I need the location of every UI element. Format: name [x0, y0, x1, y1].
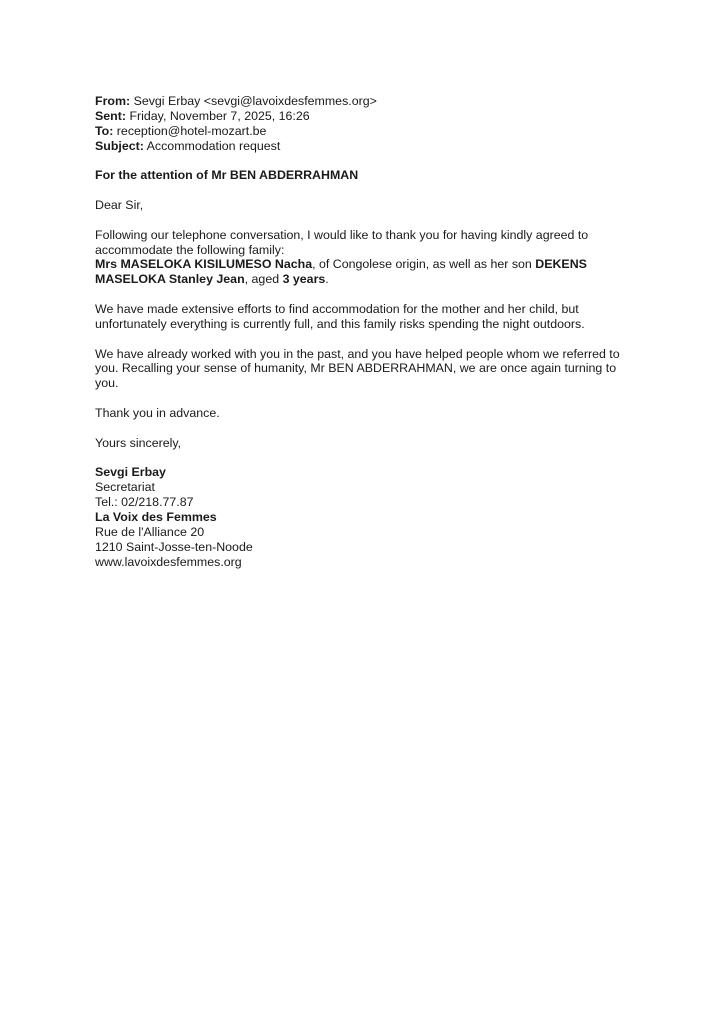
paragraph-family: Following our telephone conversation, I …: [95, 228, 655, 287]
from-label: From:: [95, 94, 130, 108]
spacer: [95, 421, 655, 436]
spacer: [95, 183, 655, 198]
paragraph-line: unfortunately everything is currently fu…: [95, 317, 655, 332]
paragraph-line: Following our telephone conversation, I …: [95, 228, 655, 243]
header-from: From: Sevgi Erbay <sevgi@lavoixdesfemmes…: [95, 94, 655, 109]
son-name-part2: MASELOKA Stanley Jean: [95, 272, 245, 286]
paragraph-line: We have already worked with you in the p…: [95, 347, 655, 362]
salutation: Dear Sir,: [95, 198, 655, 213]
paragraph-efforts: We have made extensive efforts to find a…: [95, 302, 655, 332]
mother-name: Mrs MASELOKA KISILUMESO Nacha: [95, 257, 312, 271]
header-to: To: reception@hotel-mozart.be: [95, 124, 655, 139]
signature-website: www.lavoixdesfemmes.org: [95, 555, 655, 570]
spacer: [95, 213, 655, 228]
paragraph-text: , of Congolese origin, as well as her so…: [312, 257, 535, 271]
son-name-part1: DEKENS: [535, 257, 587, 271]
paragraph-text: , aged: [245, 272, 283, 286]
spacer: [95, 451, 655, 466]
paragraph-line: accommodate the following family:: [95, 243, 655, 258]
signature-role: Secretariat: [95, 480, 655, 495]
to-value: reception@hotel-mozart.be: [117, 124, 267, 138]
to-label: To:: [95, 124, 113, 138]
sent-value: Friday, November 7, 2025, 16:26: [129, 109, 309, 123]
spacer: [95, 287, 655, 302]
paragraph-line: MASELOKA Stanley Jean, aged 3 years.: [95, 272, 655, 287]
paragraph-line: Mrs MASELOKA KISILUMESO Nacha, of Congol…: [95, 257, 655, 272]
paragraph-past-work: We have already worked with you in the p…: [95, 347, 655, 392]
spacer: [95, 332, 655, 347]
paragraph-line: you. Recalling your sense of humanity, M…: [95, 361, 655, 376]
signature-name: Sevgi Erbay: [95, 465, 655, 480]
closing-line: Yours sincerely,: [95, 436, 655, 451]
signature-phone: Tel.: 02/218.77.87: [95, 495, 655, 510]
thanks-line: Thank you in advance.: [95, 406, 655, 421]
signature-block: Sevgi Erbay Secretariat Tel.: 02/218.77.…: [95, 465, 655, 569]
son-age: 3 years: [283, 272, 326, 286]
signature-city: 1210 Saint-Josse-ten-Noode: [95, 540, 655, 555]
paragraph-line: We have made extensive efforts to find a…: [95, 302, 655, 317]
spacer: [95, 391, 655, 406]
subject-label: Subject:: [95, 139, 144, 153]
paragraph-line: you.: [95, 376, 655, 391]
header-subject: Subject: Accommodation request: [95, 139, 655, 154]
signature-organization: La Voix des Femmes: [95, 510, 655, 525]
attention-line: For the attention of Mr BEN ABDERRAHMAN: [95, 168, 655, 183]
sent-label: Sent:: [95, 109, 126, 123]
header-sent: Sent: Friday, November 7, 2025, 16:26: [95, 109, 655, 124]
subject-value: Accommodation request: [147, 139, 281, 153]
signature-street: Rue de l'Alliance 20: [95, 525, 655, 540]
email-document: From: Sevgi Erbay <sevgi@lavoixdesfemmes…: [95, 94, 655, 570]
paragraph-text: .: [325, 272, 328, 286]
from-value: Sevgi Erbay <sevgi@lavoixdesfemmes.org>: [134, 94, 377, 108]
spacer: [95, 153, 655, 168]
